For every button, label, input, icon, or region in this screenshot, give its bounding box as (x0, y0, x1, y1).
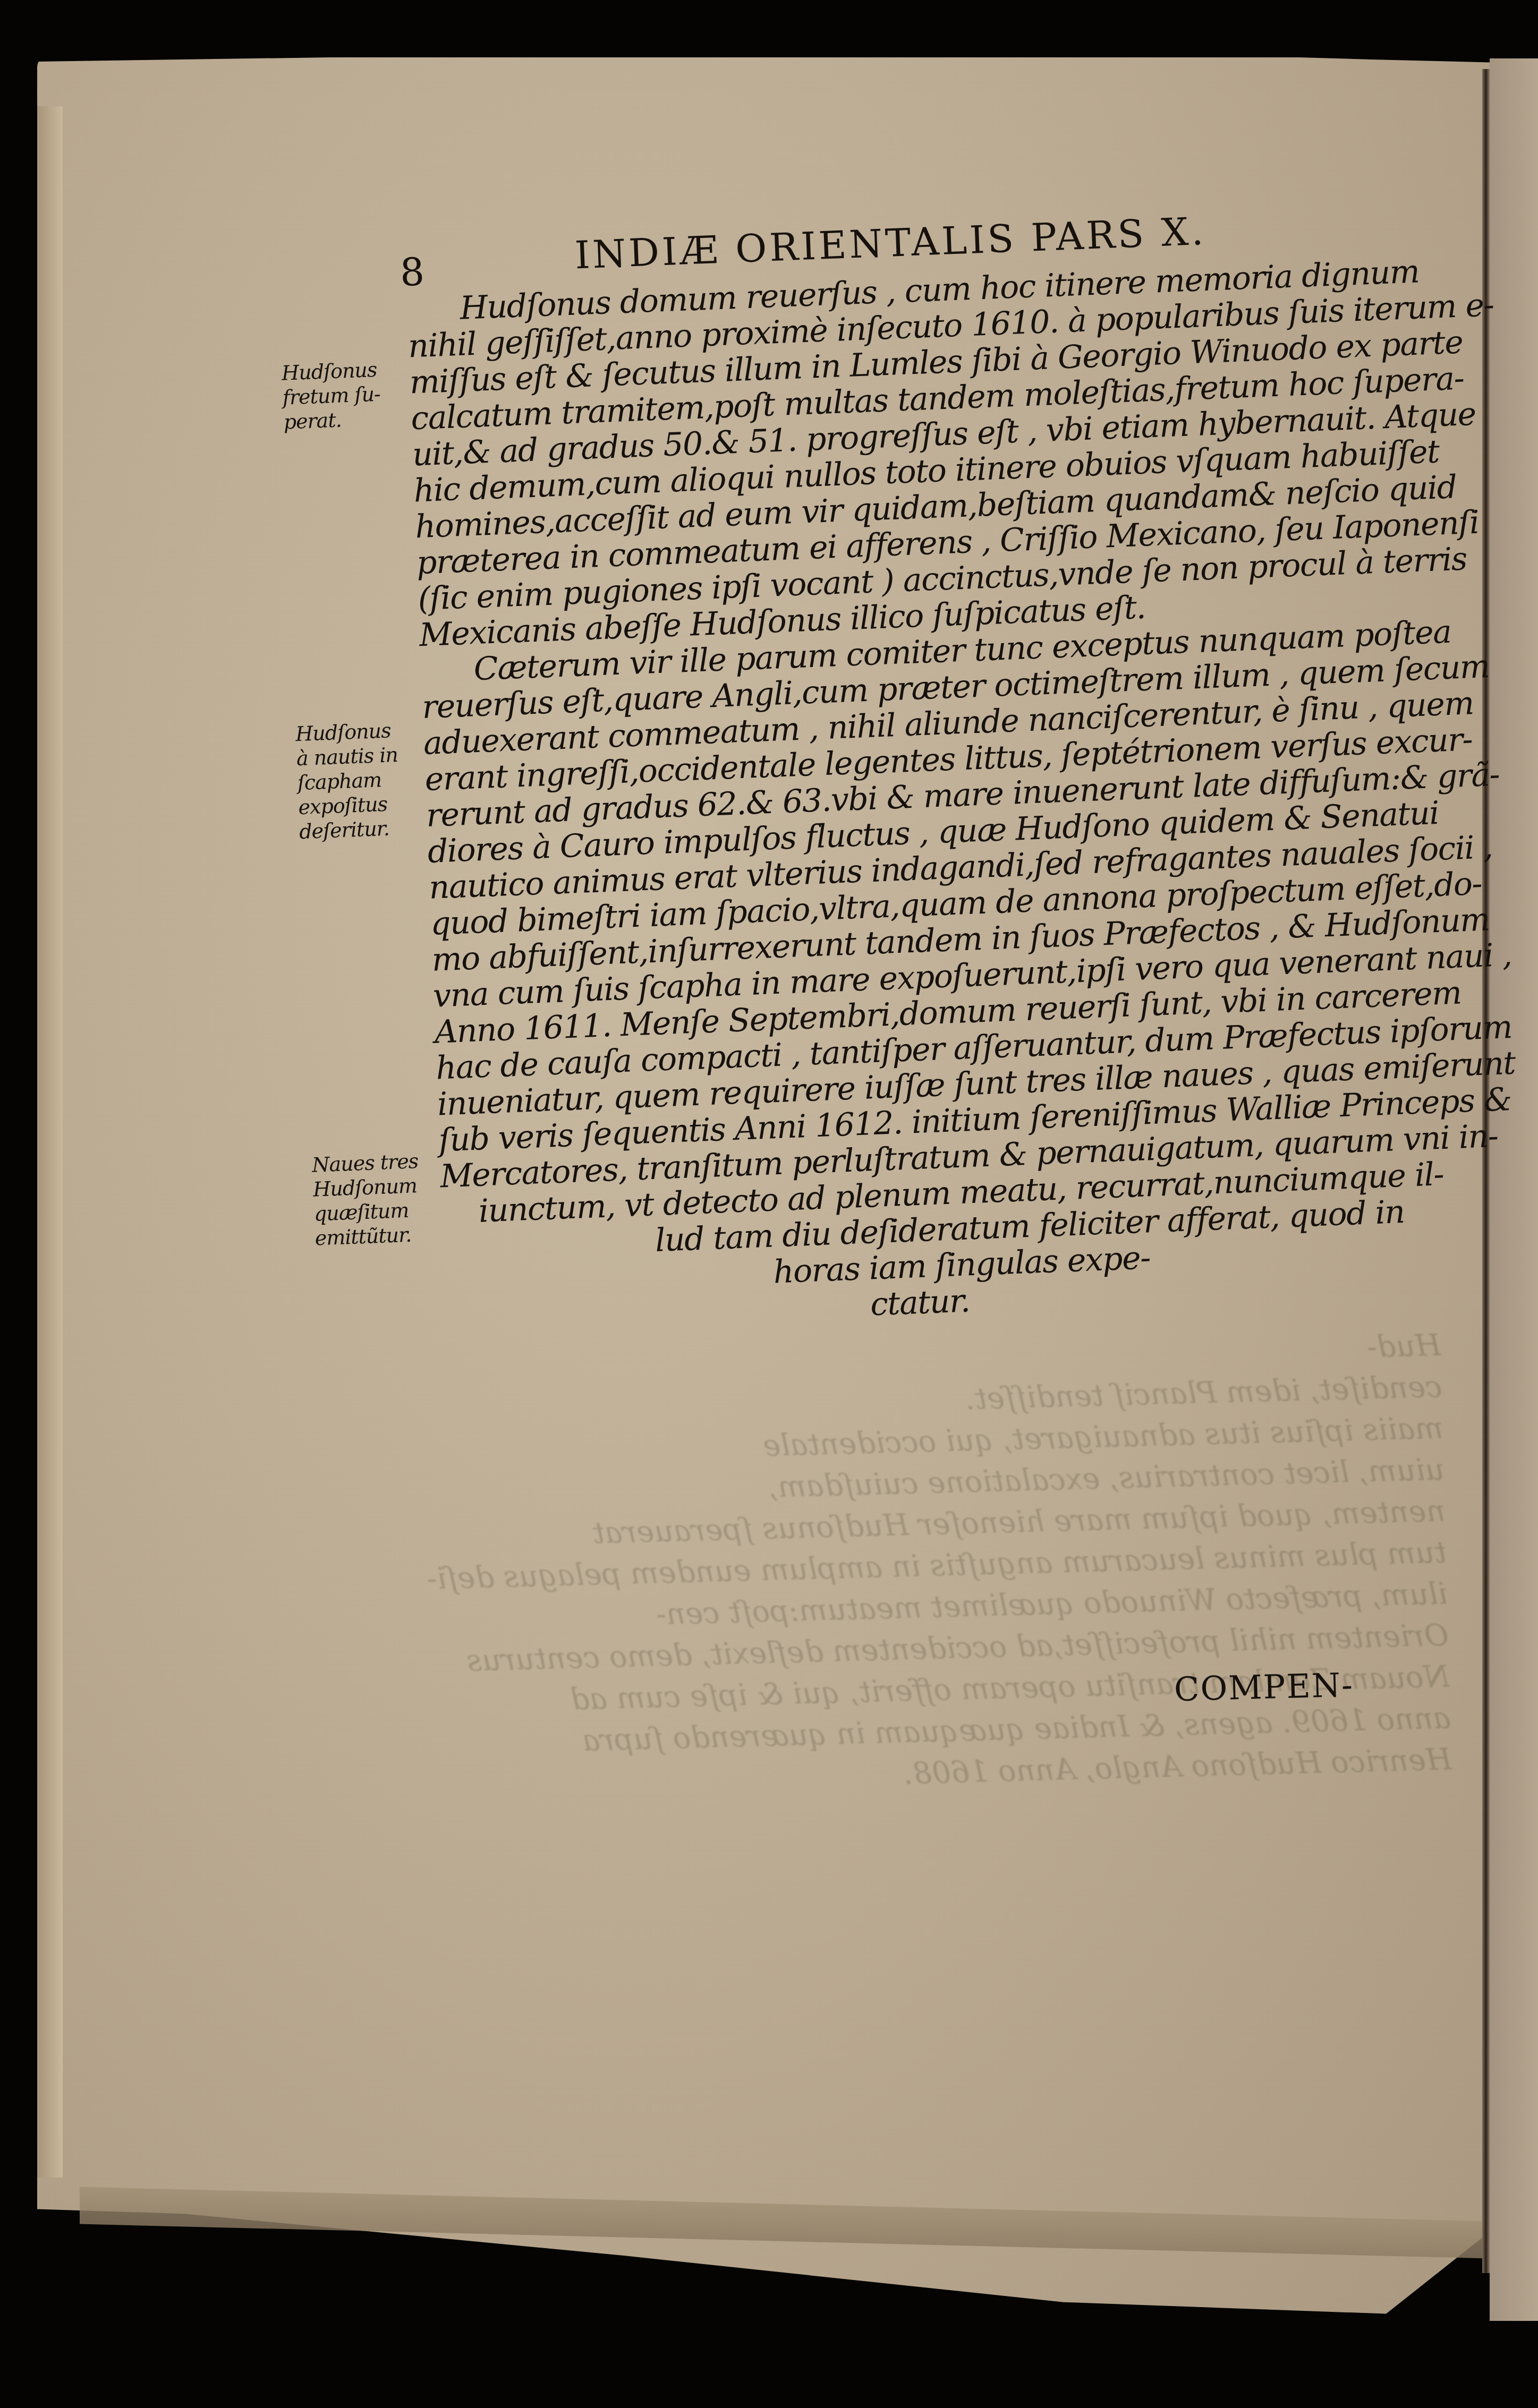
margin-note-line: à nautis in (296, 742, 414, 771)
body-text: Hudſonus domum reuerſus , cum hoc itiner… (406, 254, 1444, 1339)
adjacent-page-edge (1490, 58, 1538, 2321)
margin-note: Naues tresHudſonumquæſitumemittũtur. (311, 1148, 432, 1250)
page-left-edge (37, 106, 63, 2178)
margin-note: Hudſonusfretum ſu-perat. (281, 356, 401, 434)
catchword: COMPEN- (1174, 1666, 1354, 1709)
margin-note-line: perat. (283, 405, 401, 434)
margin-note: Hudſonusà nautis inſcaphamexpoſitusdeſer… (295, 718, 417, 844)
margin-note-line: emittũtur. (315, 1222, 432, 1250)
book-gutter (1482, 69, 1490, 2273)
margin-note-line: deſeritur. (299, 815, 417, 844)
text-block: 8 INDIÆ ORIENTALIS PARS X. Hudſonusfretu… (276, 191, 1444, 1344)
bleed-through-text: Hud- cendiſet, idem Planciſ tendiſſet. m… (405, 1325, 1460, 2096)
page-number: 8 (399, 249, 425, 295)
margin-note-line: Hudſonum (312, 1173, 430, 1201)
